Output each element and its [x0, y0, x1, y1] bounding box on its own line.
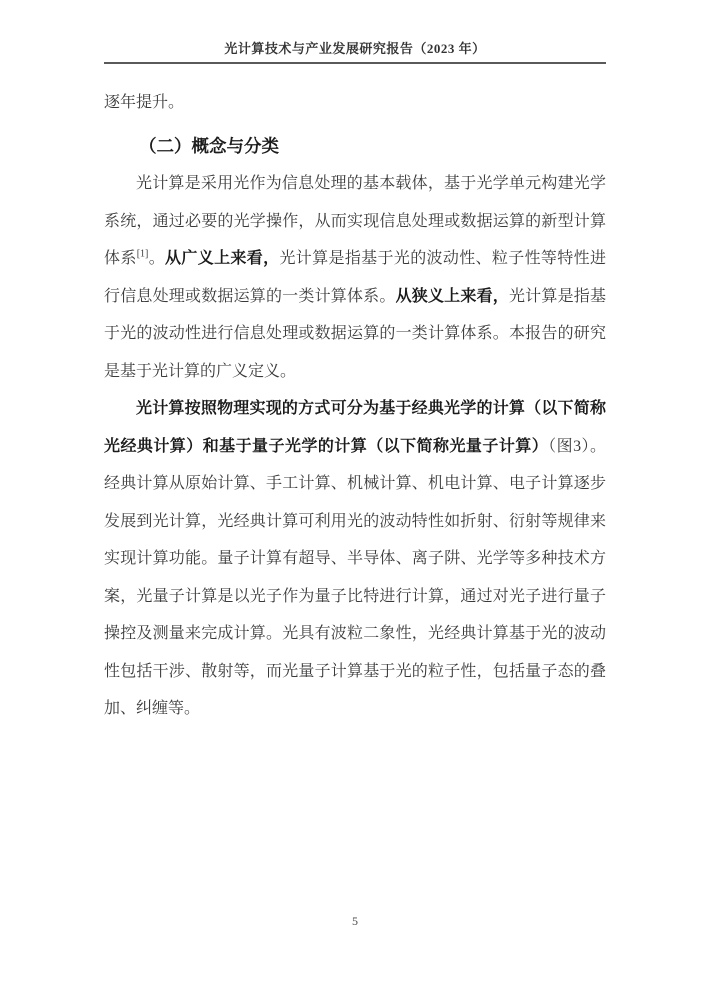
section-heading: （二）概念与分类: [104, 128, 606, 166]
document-body: 逐年提升。 （二）概念与分类 光计算是采用光作为信息处理的基本载体，基于光学单元…: [104, 84, 606, 728]
body-text: 。: [148, 250, 165, 267]
body-text: （图3）。经典计算从原始计算、手工计算、机械计算、机电计算、电子计算逐步发展到光…: [104, 438, 606, 718]
emphasis-text: 从狭义上来看，: [396, 288, 509, 305]
continuation-line: 逐年提升。: [104, 84, 606, 122]
footnote-reference: [1]: [137, 249, 149, 260]
document-page: 光计算技术与产业发展研究报告（2023 年） 逐年提升。 （二）概念与分类 光计…: [0, 0, 710, 1004]
page-footer: 5: [0, 912, 710, 930]
page-header: 光计算技术与产业发展研究报告（2023 年）: [104, 38, 606, 64]
emphasis-text: 从广义上来看，: [165, 250, 279, 267]
paragraph-definition: 光计算是采用光作为信息处理的基本载体，基于光学单元构建光学系统，通过必要的光学操…: [104, 165, 606, 390]
page-number: 5: [352, 914, 358, 928]
running-header-title: 光计算技术与产业发展研究报告（2023 年）: [104, 38, 606, 57]
emphasis-text: 光计算按照物理实现的方式可分为基于经典光学的计算（以下简称光经典计算）和基于量子…: [104, 400, 606, 455]
paragraph-classification: 光计算按照物理实现的方式可分为基于经典光学的计算（以下简称光经典计算）和基于量子…: [104, 390, 606, 728]
